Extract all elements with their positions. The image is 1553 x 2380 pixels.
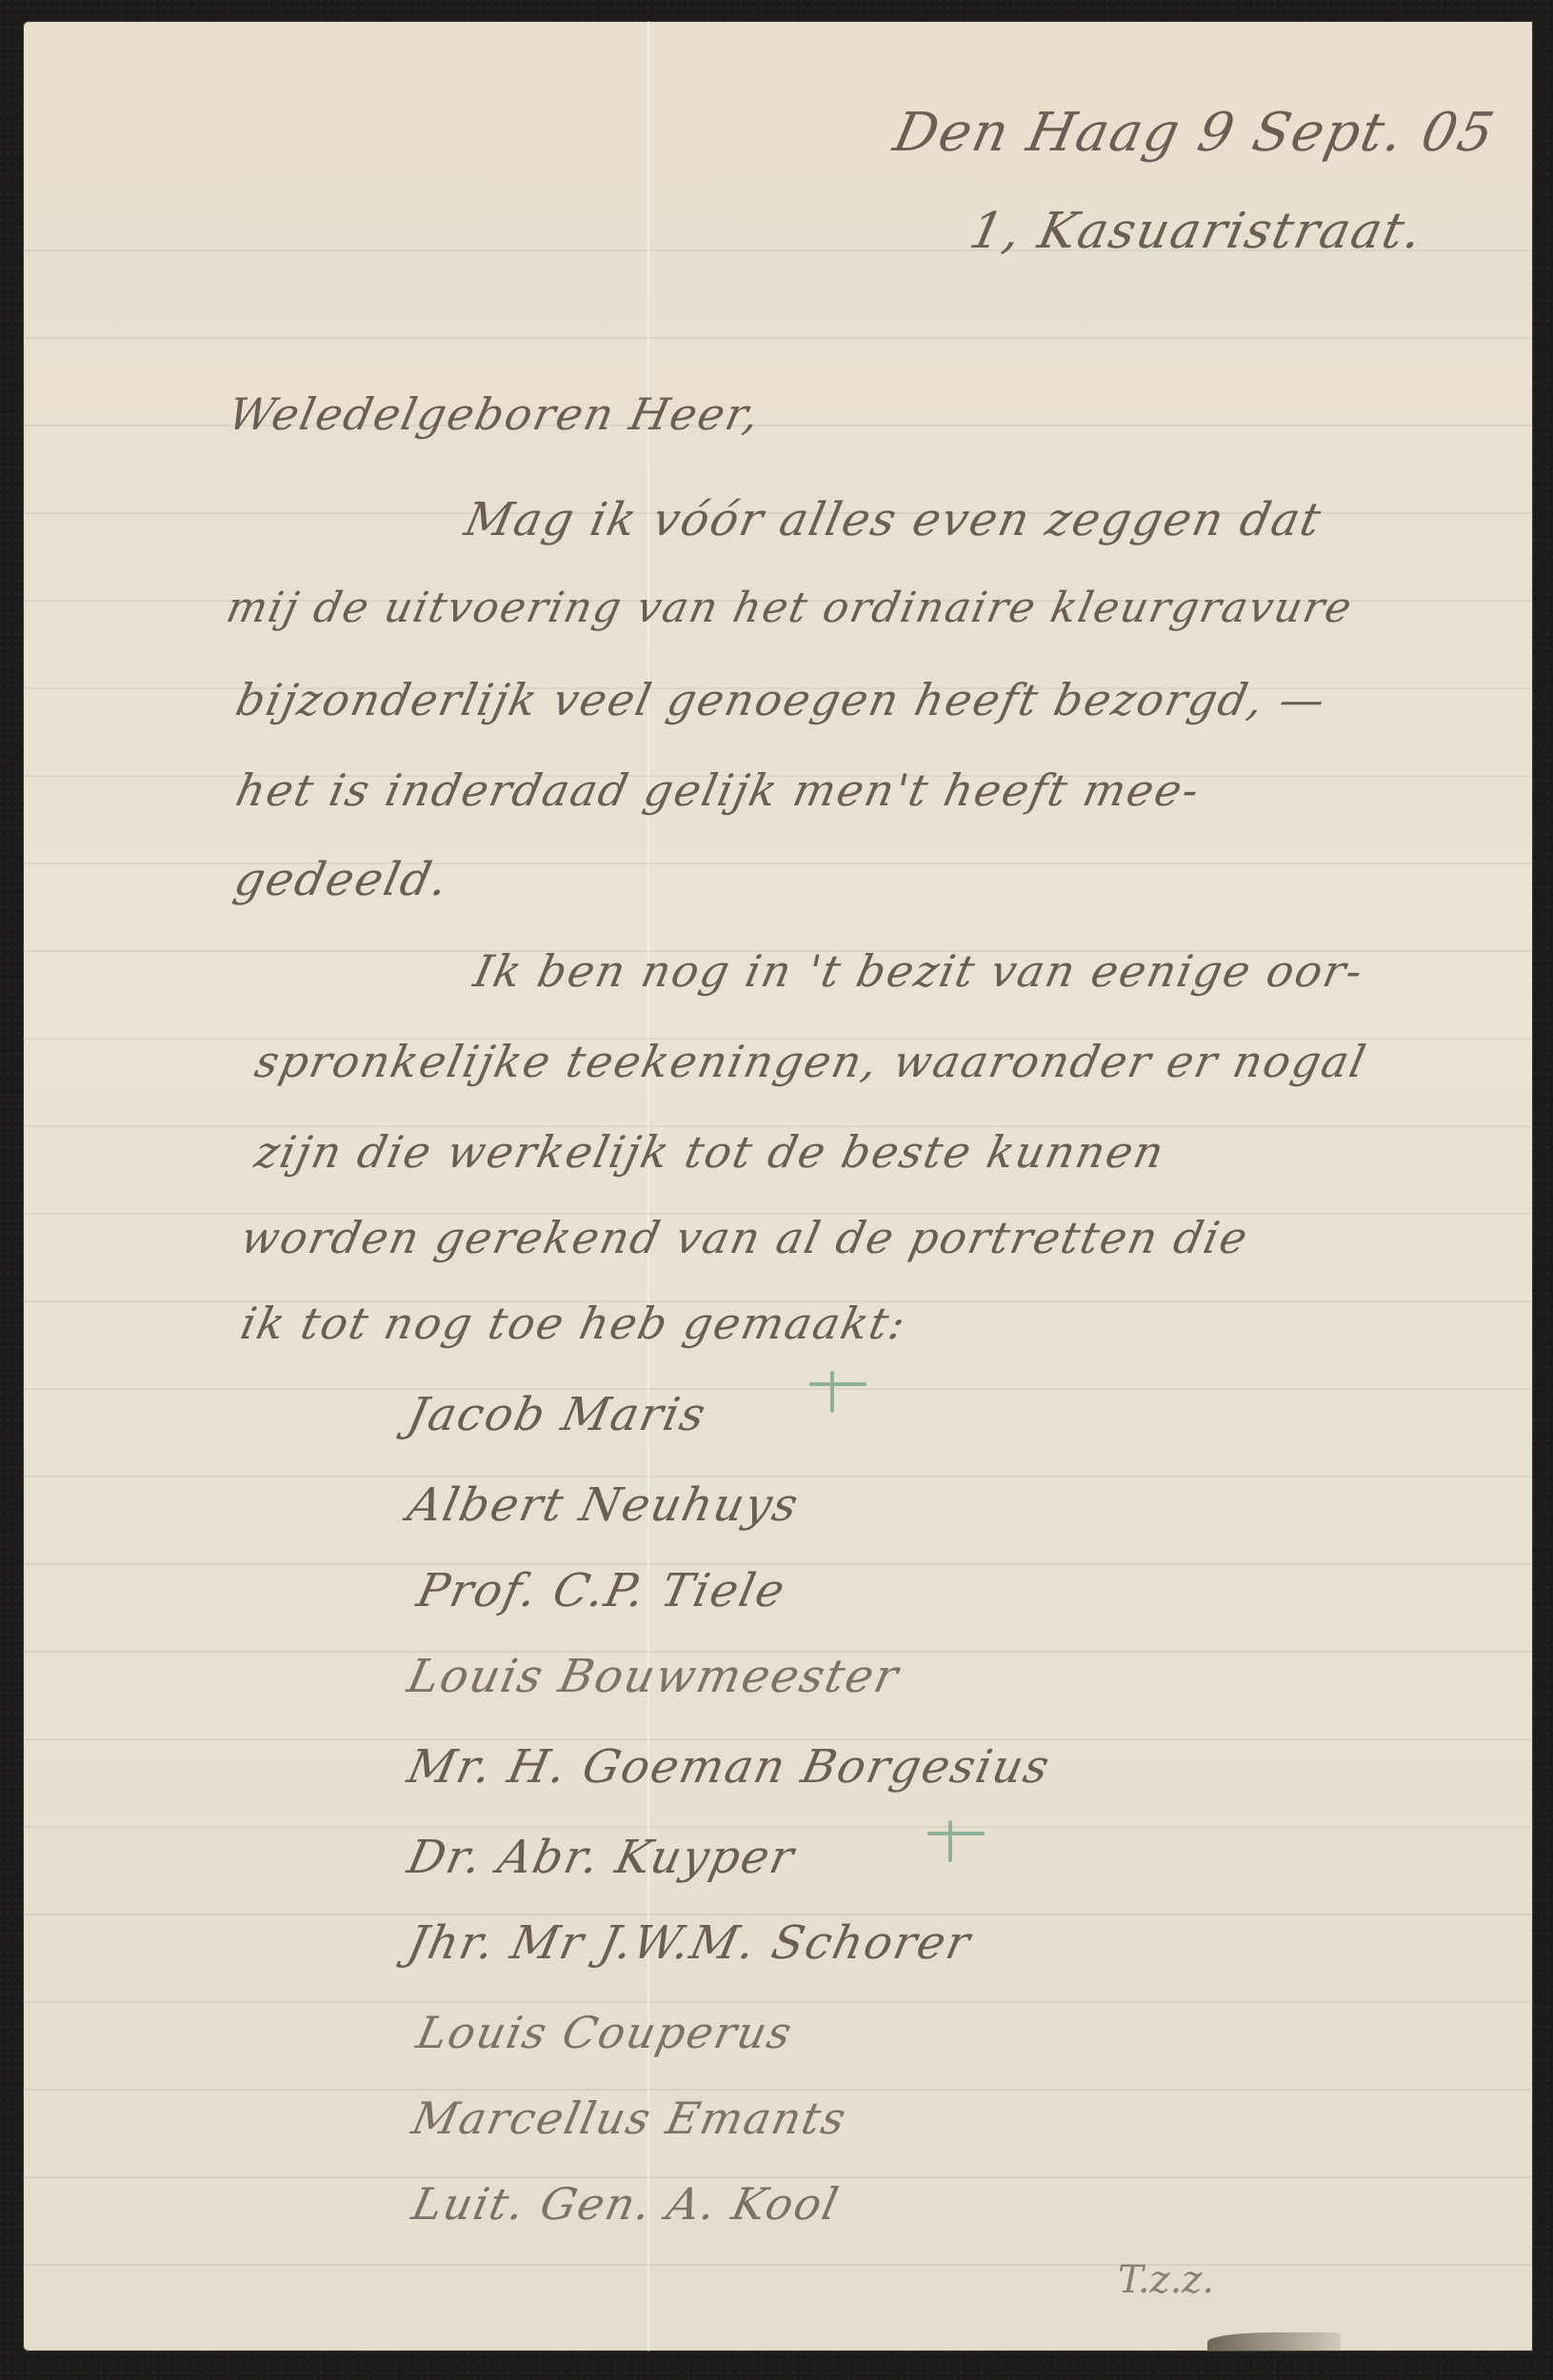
ink-smudge	[1207, 2332, 1341, 2351]
ruled-line	[23, 1388, 1533, 1390]
green-plus-mark-icon	[809, 1371, 866, 1417]
name-list-item: Mr. H. Goeman Borgesius	[404, 1744, 1055, 1790]
name-list-item: Albert Neuhuys	[404, 1482, 804, 1528]
address: 1, Kasuaristraat.	[966, 207, 1428, 256]
name-list-item: Dr. Abr. Kuyper	[404, 1835, 799, 1880]
paragraph-2-line: worden gerekend van al de portretten die	[237, 1216, 1253, 1259]
paragraph-1-line: bijzonderlijk veel genoegen heeft bezorg…	[232, 678, 1330, 722]
ruled-line	[23, 2089, 1533, 2091]
paragraph-2-line: ik tot nog toe heb gemaakt:	[237, 1301, 911, 1345]
place-date: Den Haag 9 Sept. 05	[889, 107, 1500, 160]
letter-page: Den Haag 9 Sept. 05 1, Kasuaristraat. We…	[23, 21, 1533, 2351]
paragraph-2-line: spronkelijke teekeningen, waaronder er n…	[251, 1040, 1371, 1083]
paragraph-2-line: Ik ben nog in 't bezit van eenige oor-	[470, 949, 1368, 993]
turn-over-mark: T.z.z.	[1118, 2258, 1214, 2302]
paragraph-1-line: gedeeld.	[230, 857, 453, 902]
ruled-line	[23, 337, 1533, 339]
name-list-item: Prof. C.P. Tiele	[413, 1568, 790, 1614]
paper-fold-line	[647, 21, 649, 2351]
ruled-line	[23, 1914, 1533, 1915]
ruled-line	[23, 1476, 1533, 1478]
name-list-item: Marcellus Emants	[408, 2096, 851, 2140]
name-list-item: Jacob Maris	[404, 1392, 711, 1438]
salutation: Weledelgeboren Heer,	[225, 392, 765, 436]
name-list-item: Jhr. Mr J.W.M. Schorer	[404, 1920, 975, 1966]
green-plus-mark-icon	[927, 1820, 985, 1866]
paragraph-2-line: zijn die werkelijk tot de beste kunnen	[251, 1130, 1169, 1174]
ruled-line	[23, 1826, 1533, 1828]
paragraph-1-line: Mag ik vóór alles even zeggen dat	[461, 497, 1326, 543]
ruled-line	[23, 2001, 1533, 2003]
name-list-item: Louis Bouwmeester	[404, 1654, 904, 1699]
name-list-item: Luit. Gen. A. Kool	[408, 2182, 844, 2226]
name-list-item: Louis Couperus	[413, 2011, 797, 2054]
paragraph-1-line: het is inderdaad gelijk men't heeft mee-	[232, 768, 1205, 812]
ruled-line	[23, 2264, 1533, 2266]
paragraph-1-line: mij de uitvoering van het ordinaire kleu…	[223, 587, 1357, 629]
